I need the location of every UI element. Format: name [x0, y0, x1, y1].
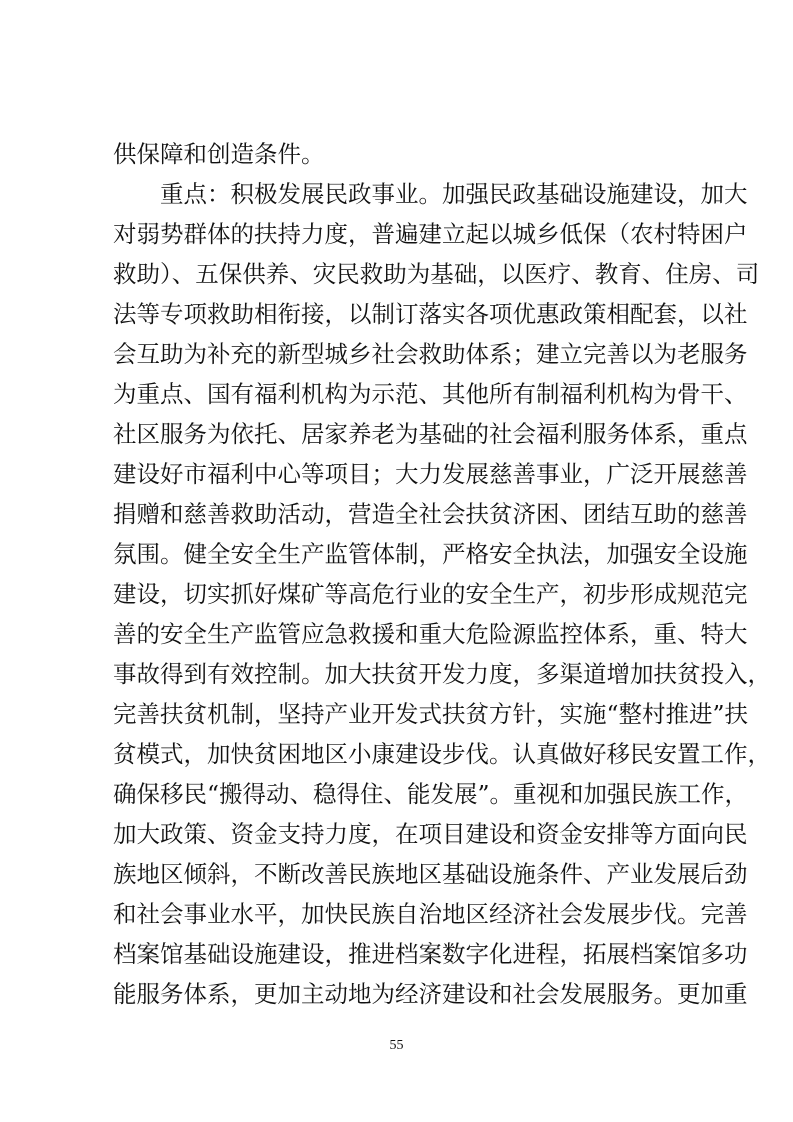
text-line: 贫模式，加快贫困地区小康建设步伐。认真做好移民安置工作，: [113, 734, 685, 774]
text-line: 法等专项救助相衔接，以制订落实各项优惠政策相配套，以社: [113, 294, 685, 334]
document-body: 供保障和创造条件。 重点：积极发展民政事业。加强民政基础设施建设，加大 对弱势群…: [113, 134, 685, 1014]
text-line: 确保移民“搬得动、稳得住、能发展”。重视和加强民族工作，: [113, 774, 685, 814]
text-line: 建设好市福利中心等项目；大力发展慈善事业，广泛开展慈善: [113, 454, 685, 494]
text-line: 救助）、五保供养、灾民救助为基础，以医疗、教育、住房、司: [113, 254, 685, 294]
page-number: 55: [0, 1038, 793, 1054]
text-line: 事故得到有效控制。加大扶贫开发力度，多渠道增加扶贫投入，: [113, 654, 685, 694]
text-line: 为重点、国有福利机构为示范、其他所有制福利机构为骨干、: [113, 374, 685, 414]
text-line: 档案馆基础设施建设，推进档案数字化进程，拓展档案馆多功: [113, 934, 685, 974]
text-line: 加大政策、资金支持力度，在项目建设和资金安排等方面向民: [113, 814, 685, 854]
text-line: 和社会事业水平，加快民族自治地区经济社会发展步伐。完善: [113, 894, 685, 934]
text-line: 捐赠和慈善救助活动，营造全社会扶贫济困、团结互助的慈善: [113, 494, 685, 534]
text-line: 能服务体系，更加主动地为经济建设和社会发展服务。更加重: [113, 974, 685, 1014]
text-line: 社区服务为依托、居家养老为基础的社会福利服务体系，重点: [113, 414, 685, 454]
text-line: 族地区倾斜，不断改善民族地区基础设施条件、产业发展后劲: [113, 854, 685, 894]
text-line: 对弱势群体的扶持力度，普遍建立起以城乡低保（农村特困户: [113, 214, 685, 254]
text-line: 善的安全生产监管应急救援和重大危险源监控体系，重、特大: [113, 614, 685, 654]
text-line: 氛围。健全安全生产监管体制，严格安全执法，加强安全设施: [113, 534, 685, 574]
text-line: 会互助为补充的新型城乡社会救助体系；建立完善以为老服务: [113, 334, 685, 374]
paragraph-start-line: 重点：积极发展民政事业。加强民政基础设施建设，加大: [113, 174, 685, 214]
text-line: 建设，切实抓好煤矿等高危行业的安全生产，初步形成规范完: [113, 574, 685, 614]
text-line: 完善扶贫机制，坚持产业开发式扶贫方针，实施“整村推进”扶: [113, 694, 685, 734]
text-line: 供保障和创造条件。: [113, 134, 685, 174]
